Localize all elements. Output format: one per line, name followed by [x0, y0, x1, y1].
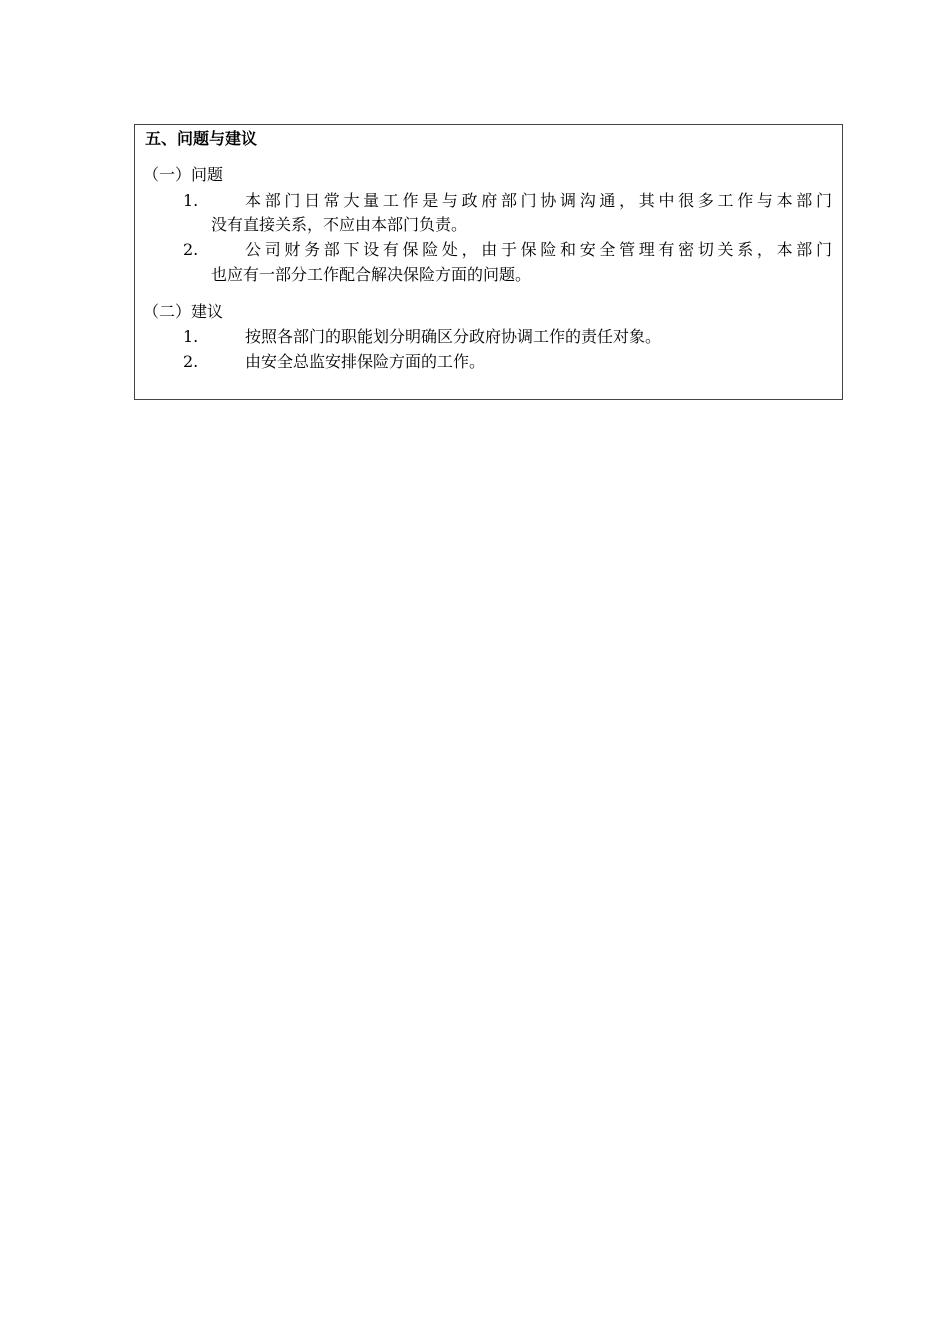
- problem-1-line1: 本部门日常大量工作是与政府部门协调沟通，其中很多工作与本部门: [245, 191, 832, 211]
- suggestion-1-number: 1.: [183, 327, 198, 347]
- problem-2-line2: 也应有一部分工作配合解决保险方面的问题。: [211, 265, 531, 285]
- problem-1-number: 1.: [183, 191, 198, 211]
- suggestion-2-number: 2.: [183, 352, 198, 372]
- problems-suggestions-box: 五、问题与建议 （一）问题 1. 本部门日常大量工作是与政府部门协调沟通，其中很…: [134, 124, 843, 400]
- problem-2-number: 2.: [183, 240, 198, 260]
- suggestion-2-text: 由安全总监安排保险方面的工作。: [245, 352, 485, 372]
- suggestion-1-text: 按照各部门的职能划分明确区分政府协调工作的责任对象。: [245, 327, 661, 347]
- problem-2-line1: 公司财务部下设有保险处，由于保险和安全管理有密切关系，本部门: [245, 240, 832, 260]
- suggestions-label: （二）建议: [143, 302, 223, 322]
- problem-1-line2: 没有直接关系，不应由本部门负责。: [211, 215, 467, 235]
- section-title: 五、问题与建议: [145, 129, 257, 149]
- problems-label: （一）问题: [143, 165, 223, 185]
